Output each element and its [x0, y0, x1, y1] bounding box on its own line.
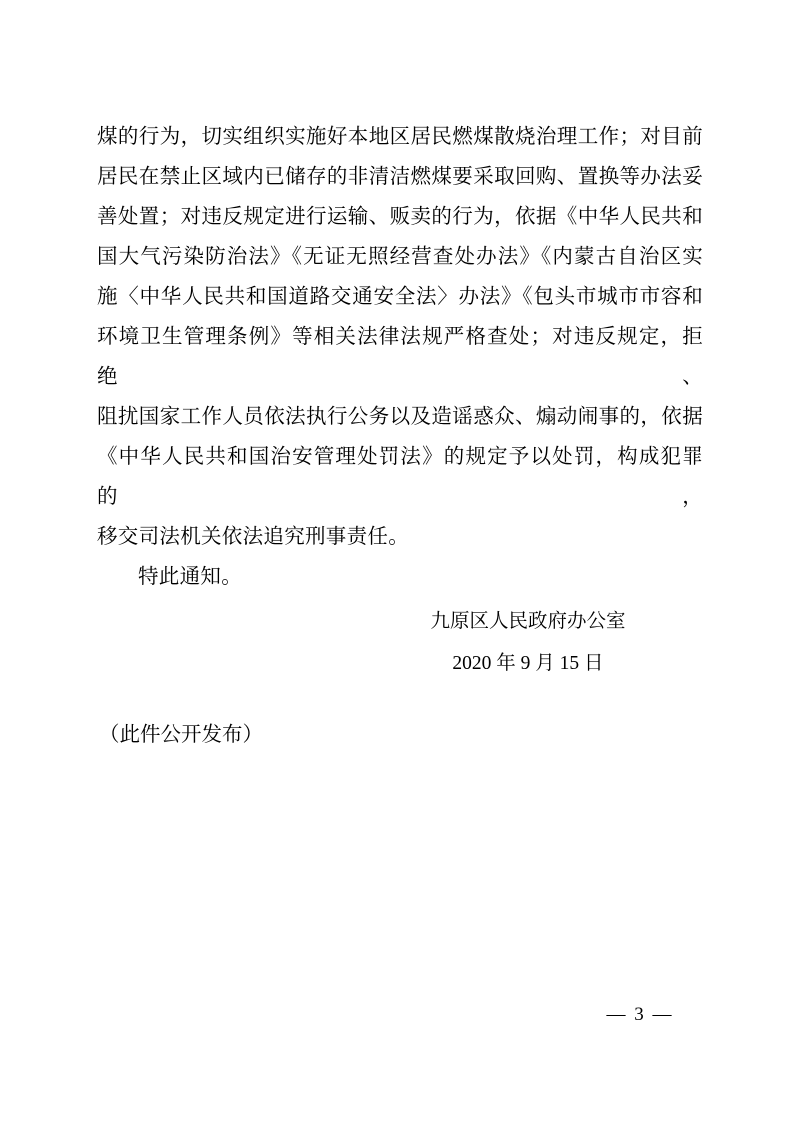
page-number: — 3 —: [598, 1003, 682, 1027]
body-line: 阻扰国家工作人员依法执行公务以及造谣惑众、煽动闹事的，依据: [97, 397, 703, 437]
signature-org: 九原区人民政府办公室: [420, 601, 636, 643]
body-line: 善处置；对违反规定进行运输、贩卖的行为，依据《中华人民共和: [97, 197, 703, 237]
body-paragraph: 煤的行为，切实组织实施好本地区居民燃煤散烧治理工作；对目前 居民在禁止区域内已储…: [97, 117, 703, 597]
body-line: 环境卫生管理条例》等相关法律法规严格查处；对违反规定，拒绝、: [97, 317, 703, 397]
body-line: 《中华人民共和国治安管理处罚法》的规定予以处罚，构成犯罪的，: [97, 437, 703, 517]
body-line: 居民在禁止区域内已储存的非清洁燃煤要采取回购、置换等办法妥: [97, 157, 703, 197]
body-line: 移交司法机关依法追究刑事责任。: [97, 517, 703, 557]
publish-note: （此件公开发布）: [99, 715, 263, 755]
closing-line: 特此通知。: [97, 557, 703, 597]
signature-block: 九原区人民政府办公室 2020 年 9 月 15 日: [420, 601, 636, 685]
signature-date: 2020 年 9 月 15 日: [420, 643, 636, 685]
document-page: 煤的行为，切实组织实施好本地区居民燃煤散烧治理工作；对目前 居民在禁止区域内已储…: [0, 0, 793, 1122]
body-line: 施〈中华人民共和国道路交通安全法〉办法》《包头市城市市容和: [97, 277, 703, 317]
body-line: 煤的行为，切实组织实施好本地区居民燃煤散烧治理工作；对目前: [97, 117, 703, 157]
body-line: 国大气污染防治法》《无证无照经营查处办法》《内蒙古自治区实: [97, 237, 703, 277]
